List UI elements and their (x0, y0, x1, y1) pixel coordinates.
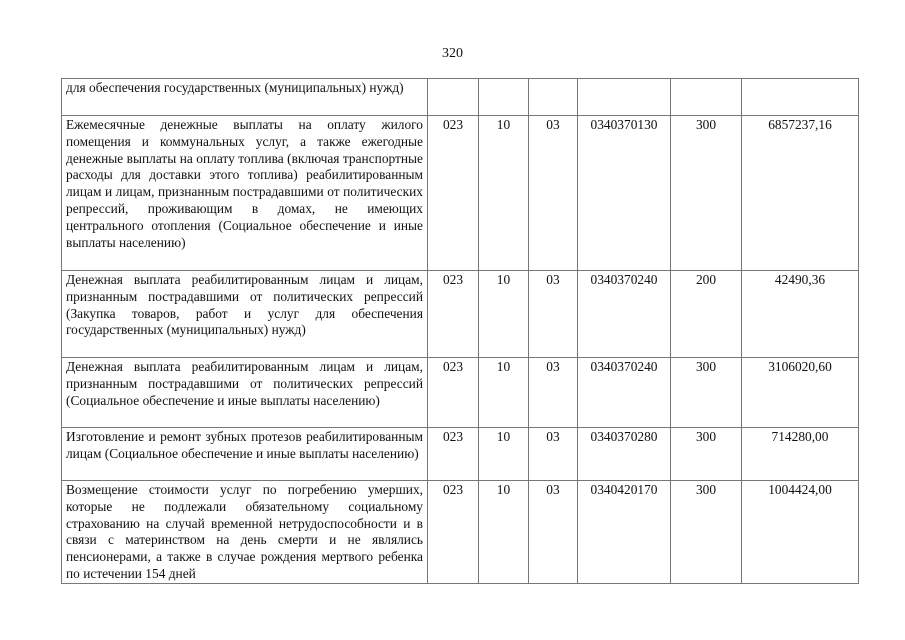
amount: 3106020,60 (742, 358, 859, 428)
amount: 42490,36 (742, 271, 859, 358)
section-code: 10 (479, 481, 529, 584)
ministry-code: 023 (428, 116, 479, 271)
section-code: 10 (479, 358, 529, 428)
table-row: Денежная выплата реабилитированным лицам… (62, 271, 859, 358)
target-article-code: 0340370240 (578, 358, 671, 428)
section-code: 10 (479, 428, 529, 481)
row-description: Ежемесячные денежные выплаты на оплату ж… (62, 116, 428, 271)
ministry-code: 023 (428, 271, 479, 358)
target-article-code: 0340370130 (578, 116, 671, 271)
table-row: Денежная выплата реабилитированным лицам… (62, 358, 859, 428)
expense-type-code: 300 (671, 358, 742, 428)
table-row: Возмещение стоимости услуг по погребению… (62, 481, 859, 584)
subsection-code: 03 (529, 428, 578, 481)
table-row: для обеспечения государственных (муницип… (62, 79, 859, 116)
target-article-code: 0340370280 (578, 428, 671, 481)
expense-type-code: 300 (671, 428, 742, 481)
budget-table: для обеспечения государственных (муницип… (61, 78, 859, 584)
section-code: 10 (479, 271, 529, 358)
target-article-code (578, 79, 671, 116)
row-description: для обеспечения государственных (муницип… (62, 79, 428, 116)
row-description: Денежная выплата реабилитированным лицам… (62, 271, 428, 358)
table-row: Изготовление и ремонт зубных протезов ре… (62, 428, 859, 481)
subsection-code: 03 (529, 271, 578, 358)
section-code (479, 79, 529, 116)
amount: 1004424,00 (742, 481, 859, 584)
target-article-code: 0340370240 (578, 271, 671, 358)
target-article-code: 0340420170 (578, 481, 671, 584)
ministry-code: 023 (428, 358, 479, 428)
subsection-code: 03 (529, 116, 578, 271)
ministry-code: 023 (428, 428, 479, 481)
ministry-code: 023 (428, 481, 479, 584)
ministry-code (428, 79, 479, 116)
subsection-code: 03 (529, 358, 578, 428)
row-description: Изготовление и ремонт зубных протезов ре… (62, 428, 428, 481)
expense-type-code: 300 (671, 116, 742, 271)
section-code: 10 (479, 116, 529, 271)
amount (742, 79, 859, 116)
subsection-code (529, 79, 578, 116)
row-description: Денежная выплата реабилитированным лицам… (62, 358, 428, 428)
row-description: Возмещение стоимости услуг по погребению… (62, 481, 428, 584)
amount: 6857237,16 (742, 116, 859, 271)
page-number: 320 (0, 46, 905, 62)
expense-type-code: 300 (671, 481, 742, 584)
expense-type-code: 200 (671, 271, 742, 358)
expense-type-code (671, 79, 742, 116)
amount: 714280,00 (742, 428, 859, 481)
table-row: Ежемесячные денежные выплаты на оплату ж… (62, 116, 859, 271)
subsection-code: 03 (529, 481, 578, 584)
